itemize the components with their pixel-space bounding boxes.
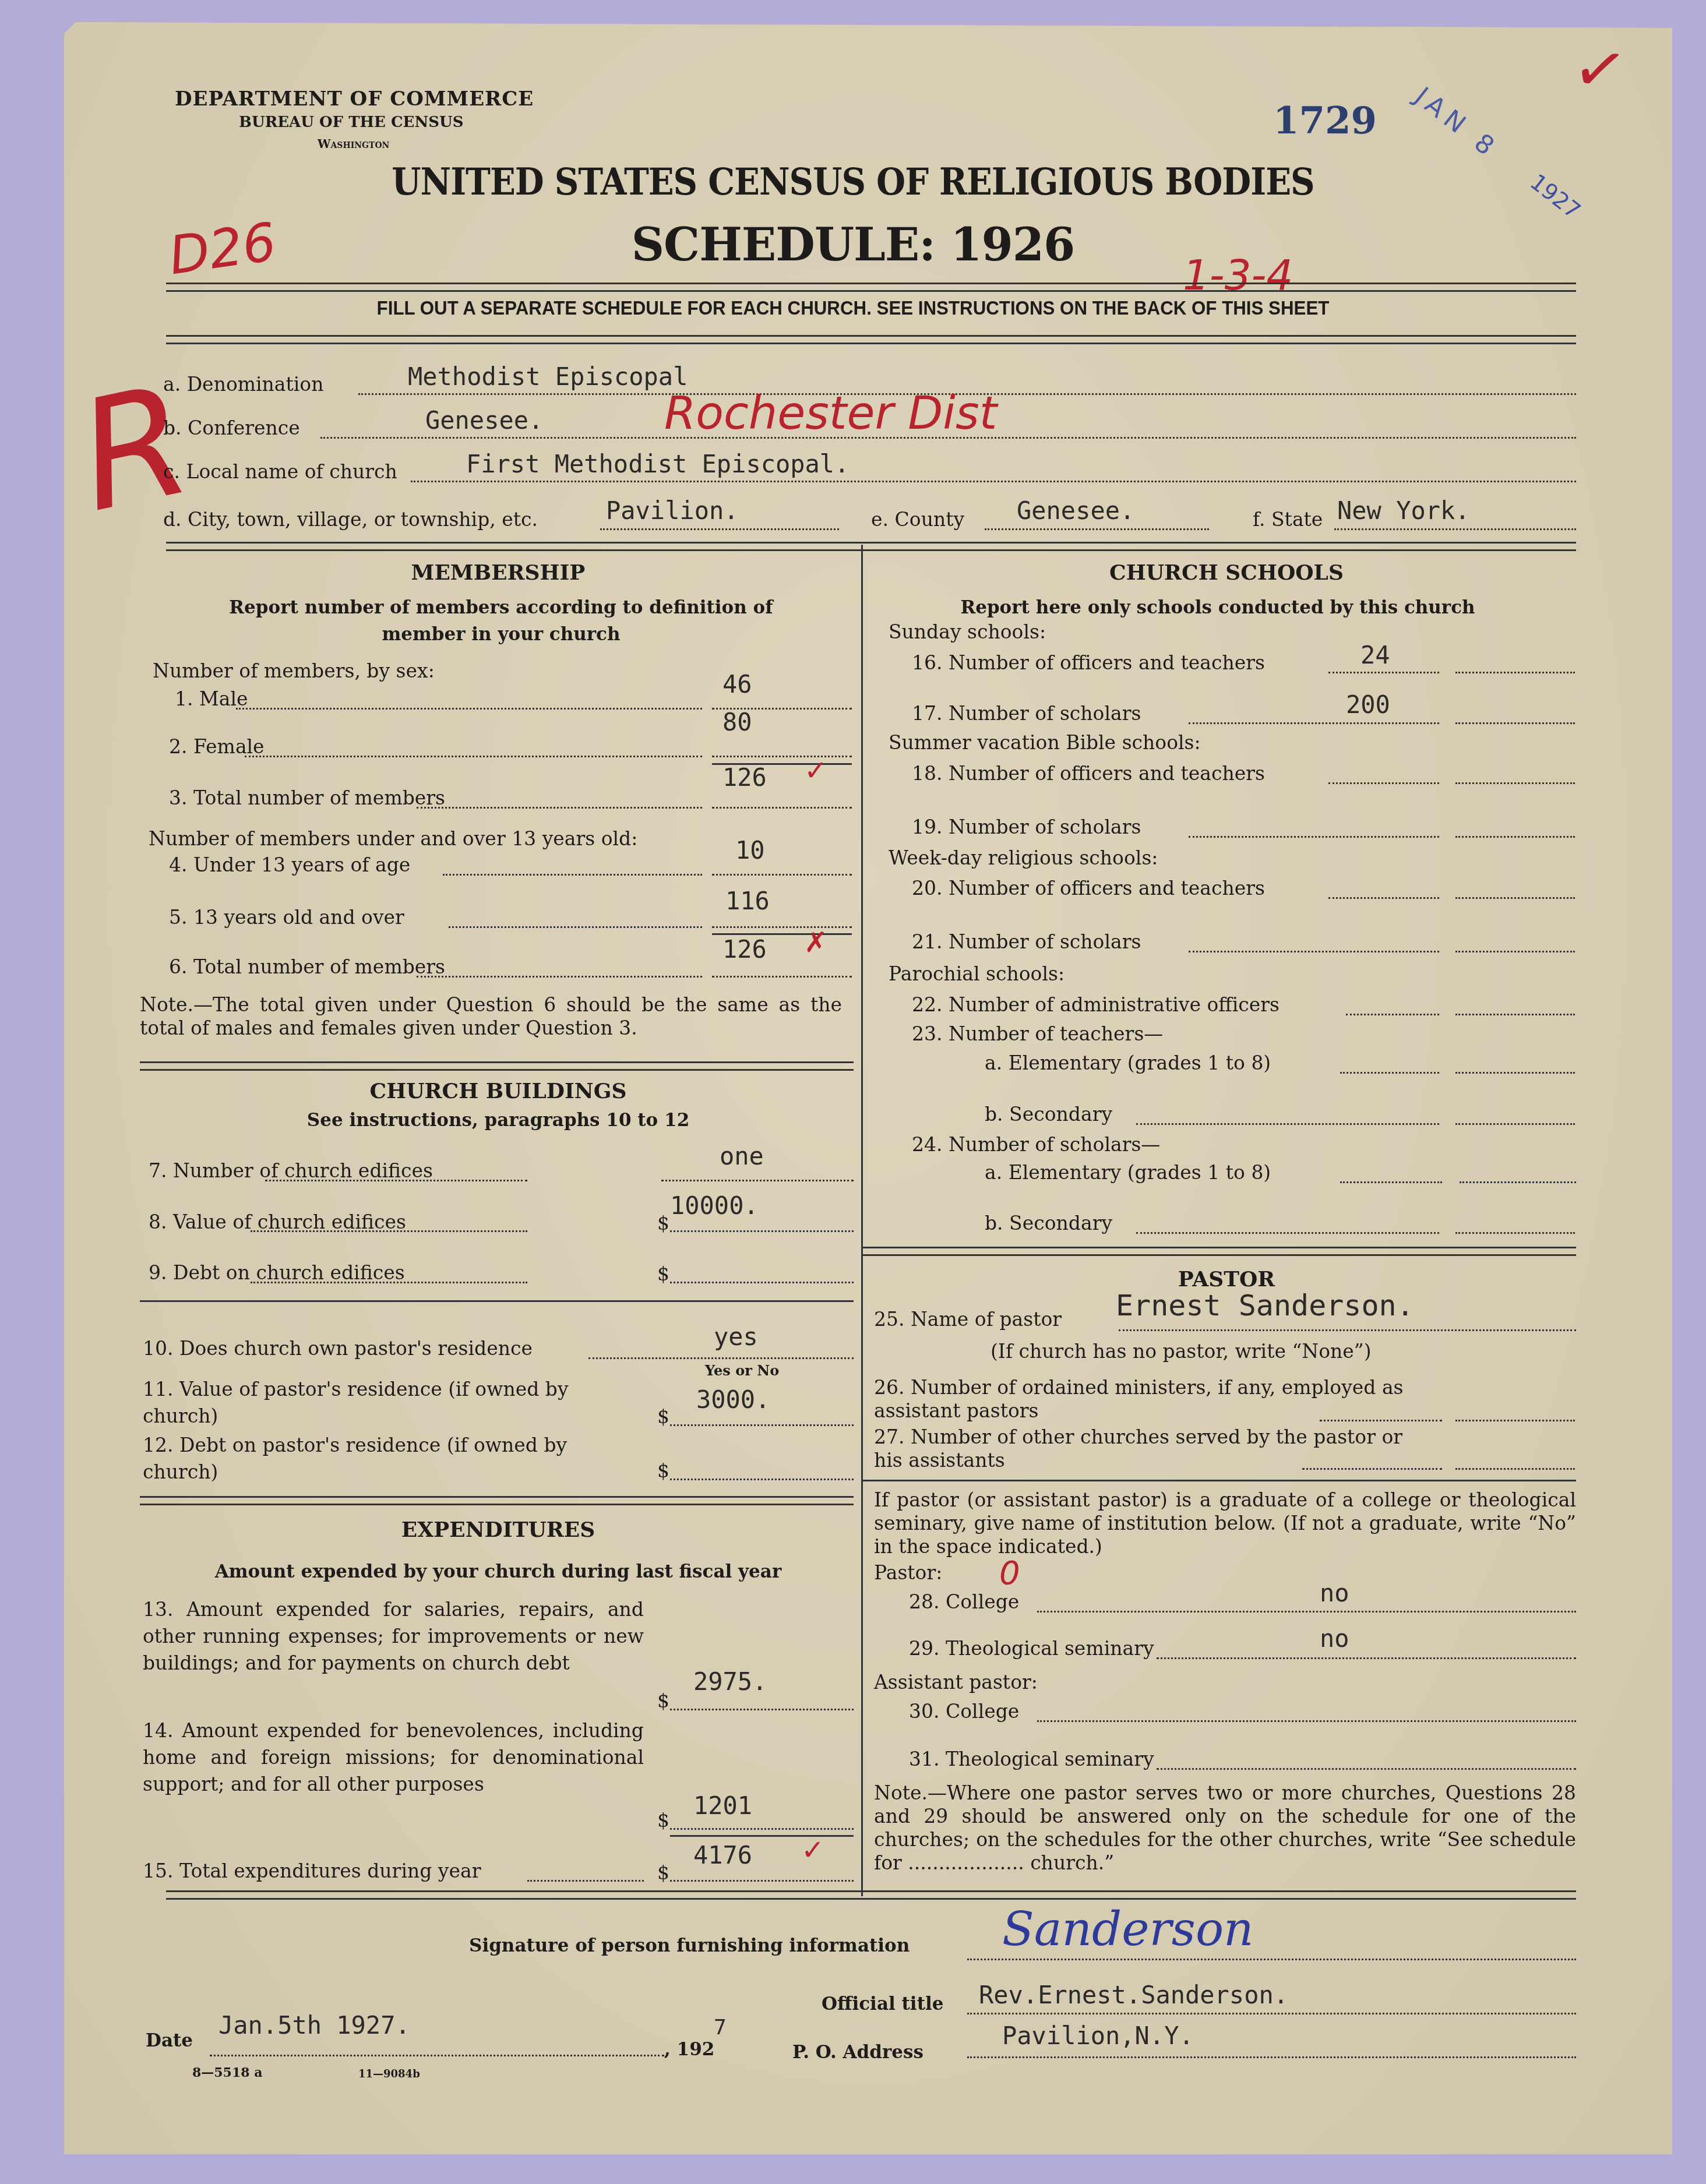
pastor-seminary-field[interactable]: no (1320, 1624, 1349, 1653)
weekday-officers-label: 20. Number of officers and teachers (912, 877, 1265, 899)
total-expenditures-field[interactable]: 4176 (693, 1841, 752, 1869)
identity-divider (166, 335, 1576, 344)
assistant-pastor-label: Assistant pastor: (874, 1671, 1038, 1693)
city-label: d. City, town, village, or township, etc… (163, 508, 538, 531)
parochial-teachers-elementary-label: a. Elementary (grades 1 to 8) (985, 1052, 1271, 1074)
running-expenses-label: 13. Amount expended for salaries, repair… (143, 1596, 644, 1677)
parochial-scholars-elementary-label: a. Elementary (grades 1 to 8) (985, 1161, 1271, 1184)
date-field[interactable]: Jan.5th 1927. (218, 2011, 410, 2040)
membership-subtitle: Report number of members according to de… (192, 594, 810, 648)
summer-scholars-label: 19. Number of scholars (912, 816, 1141, 838)
buildings-divider (140, 1496, 854, 1505)
schools-divider (862, 1247, 1576, 1256)
benevolences-label: 14. Amount expended for benevolences, in… (143, 1717, 644, 1798)
signature-field[interactable]: Sanderson (1002, 1902, 1254, 1956)
total-members-age-label: 6. Total number of members (169, 955, 445, 978)
parochial-admin-label: 22. Number of administrative officers (912, 993, 1279, 1016)
parochial-scholars-secondary-label: b. Secondary (985, 1212, 1112, 1234)
verified-check-icon: ✗ (804, 926, 827, 959)
female-count-field[interactable]: 80 (722, 708, 752, 736)
assistant-seminary-label: 31. Theological seminary (909, 1748, 1154, 1770)
total-members-field[interactable]: 126 (722, 763, 767, 792)
weekday-scholars-label: 21. Number of scholars (912, 930, 1141, 953)
instructions-banner: FILL OUT A SEPARATE SCHEDULE FOR EACH CH… (68, 297, 1638, 320)
male-count-field[interactable]: 46 (722, 670, 752, 698)
form-title: UNITED STATES CENSUS OF RELIGIOUS BODIES (0, 160, 1706, 204)
county-label: e. County (871, 508, 964, 531)
benevolences-field[interactable]: 1201 (693, 1791, 752, 1820)
weekday-schools-label: Week-day religious schools: (889, 846, 1158, 869)
edifice-count-label: 7. Number of church edifices (149, 1159, 433, 1182)
official-title-label: Official title (822, 1994, 943, 2014)
year-suffix-field[interactable]: 7 (714, 2016, 727, 2040)
pastor-seminary-label: 29. Theological seminary (909, 1637, 1154, 1660)
parochial-scholars-label: 24. Number of scholars— (912, 1133, 1160, 1156)
edifice-debt-label: 9. Debt on church edifices (149, 1261, 405, 1284)
sections-divider (166, 542, 1576, 551)
denomination-label: a. Denomination (163, 373, 323, 396)
edifice-value-field[interactable]: 10000. (670, 1191, 759, 1220)
other-churches-label: 27. Number of other churches served by t… (874, 1426, 1422, 1472)
assistant-college-label: 30. College (909, 1700, 1019, 1723)
bureau-heading: BUREAU OF THE CENSUS (239, 114, 463, 131)
po-address-field[interactable]: Pavilion,N.Y. (1002, 2021, 1194, 2050)
currency-sign: $ (657, 1262, 669, 1285)
conference-field[interactable]: Genesee. (425, 406, 543, 435)
parochial-teachers-label: 23. Number of teachers— (912, 1022, 1163, 1045)
residence-owned-field[interactable]: yes (714, 1322, 758, 1351)
total-expenditures-label: 15. Total expenditures during year (143, 1860, 481, 1882)
pastor-none-hint: (If church has no pastor, write “None”) (991, 1340, 1372, 1363)
pastor-name-field[interactable]: Ernest Sanderson. (1116, 1289, 1414, 1322)
district-annotation: Rochester Dist (664, 387, 997, 440)
currency-sign: $ (657, 1809, 669, 1832)
pastor-name-label: 25. Name of pastor (874, 1308, 1062, 1331)
parochial-schools-label: Parochial schools: (889, 962, 1065, 985)
receipt-number-stamp: 1729 (1273, 99, 1377, 143)
expenditures-title: EXPENDITURES (140, 1518, 856, 1542)
pastor-college-field[interactable]: no (1320, 1579, 1349, 1607)
header-divider (166, 283, 1576, 292)
over-13-field[interactable]: 116 (725, 887, 770, 915)
summer-schools-label: Summer vacation Bible schools: (889, 731, 1201, 754)
residence-owned-label: 10. Does church own pastor's residence (143, 1337, 533, 1360)
total-members-label: 3. Total number of members (169, 786, 445, 809)
total-members-age-field[interactable]: 126 (722, 935, 767, 964)
residence-value-label: 11. Value of pastor's residence (if owne… (143, 1376, 644, 1430)
male-label: 1. Male (175, 687, 248, 710)
official-title-field[interactable]: Rev.Ernest.Sanderson. (979, 1981, 1288, 2009)
county-field[interactable]: Genesee. (1017, 496, 1134, 525)
schools-title: CHURCH SCHOOLS (868, 560, 1585, 585)
female-label: 2. Female (169, 735, 265, 758)
membership-divider (140, 1061, 854, 1071)
pastor-label: Pastor: (874, 1561, 942, 1584)
membership-title: MEMBERSHIP (140, 560, 856, 585)
parochial-teachers-secondary-label: b. Secondary (985, 1103, 1112, 1125)
by-age-label: Number of members under and over 13 year… (149, 827, 637, 850)
sunday-officers-field[interactable]: 24 (1360, 641, 1390, 669)
conference-label: b. Conference (163, 417, 300, 439)
under-13-label: 4. Under 13 years of age (169, 853, 410, 876)
po-address-label: P. O. Address (792, 2042, 924, 2063)
summer-officers-label: 18. Number of officers and teachers (912, 762, 1265, 785)
department-heading: DEPARTMENT OF COMMERCE (175, 87, 534, 111)
pastor-title: PASTOR (868, 1267, 1585, 1292)
sunday-scholars-field[interactable]: 200 (1346, 690, 1390, 719)
pastor-review-mark: 0 (999, 1554, 1020, 1592)
currency-sign: $ (657, 1212, 669, 1234)
under-13-field[interactable]: 10 (735, 836, 765, 865)
code-range-annotation: 1-3-4 (1183, 250, 1293, 299)
local-name-label: c. Local name of church (163, 460, 397, 483)
signature-label: Signature of person furnishing informati… (469, 1935, 910, 1956)
state-field[interactable]: New York. (1337, 496, 1470, 525)
currency-sign: $ (657, 1459, 669, 1482)
city-field[interactable]: Pavilion. (606, 496, 739, 525)
currency-sign: $ (657, 1405, 669, 1428)
denomination-field[interactable]: Methodist Episcopal (408, 362, 688, 391)
local-name-field[interactable]: First Methodist Episcopal. (466, 450, 849, 478)
year-prefix: , 192 (664, 2039, 714, 2060)
running-expenses-field[interactable]: 2975. (693, 1667, 767, 1696)
residence-debt-label: 12. Debt on pastor's residence (if owned… (143, 1432, 644, 1486)
verified-check-icon: ✓ (801, 1834, 824, 1867)
expenditures-subtitle: Amount expended by your church during la… (140, 1561, 856, 1582)
form-code-a: 8—5518 a (192, 2065, 262, 2080)
column-divider (861, 545, 863, 1896)
pastor-college-label: 28. College (909, 1590, 1019, 1613)
date-label: Date (146, 2030, 193, 2051)
footer-divider (166, 1890, 1576, 1900)
residence-value-field[interactable]: 3000. (696, 1385, 770, 1414)
membership-note: Note.—The total given under Question 6 s… (140, 993, 842, 1040)
verified-check-icon: ✓ (804, 754, 827, 787)
graduate-instructions: If pastor (or assistant pastor) is a gra… (874, 1488, 1576, 1558)
buildings-subtitle: See instructions, paragraphs 10 to 12 (140, 1110, 856, 1131)
edifice-count-field[interactable]: one (720, 1142, 764, 1170)
currency-sign: $ (657, 1689, 669, 1712)
currency-sign: $ (657, 1861, 669, 1884)
sunday-scholars-label: 17. Number of scholars (912, 702, 1141, 725)
by-sex-label: Number of members, by sex: (153, 659, 435, 682)
form-code-b: 11—9084b (358, 2068, 420, 2080)
yes-no-hint: Yes or No (705, 1362, 779, 1379)
sunday-officers-label: 16. Number of officers and teachers (912, 651, 1265, 674)
sunday-schools-label: Sunday schools: (889, 620, 1046, 643)
buildings-title: CHURCH BUILDINGS (140, 1079, 856, 1103)
city-heading: Washington (318, 137, 389, 151)
state-label: f. State (1253, 508, 1323, 531)
over-13-label: 5. 13 years old and over (169, 906, 404, 929)
assistant-ministers-label: 26. Number of ordained ministers, if any… (874, 1376, 1422, 1423)
schools-subtitle: Report here only schools conducted by th… (868, 597, 1567, 618)
pastor-note: Note.—Where one pastor serves two or mor… (874, 1781, 1576, 1875)
